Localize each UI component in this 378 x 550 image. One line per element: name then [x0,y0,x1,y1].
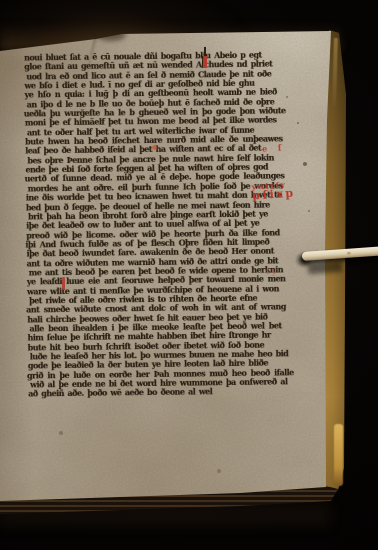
manuscript-text-block: noui bluet ſat a ē cū nouale dñi bogaſtu… [24,50,260,399]
margin-note-main: ywixſy pſixp [251,181,296,202]
margin-note-upper: e ſ [262,142,286,154]
fore-edge-gilt-highlight [334,424,343,486]
manuscript-photo: noui bluet ſat a ē cū nouale dñi bogaſtu… [0,0,378,550]
manuscript-page: noui bluet ſat a ē cū nouale dñi bogaſtu… [0,0,378,550]
rubric-speck [152,145,157,150]
margin-note-main-line2: pſixp [252,187,296,201]
bookmark-cast-shadow [308,261,343,274]
rubric-stroke [62,277,65,290]
rubric-filled-initial [202,56,207,68]
margin-note-lower: ty [266,266,279,277]
